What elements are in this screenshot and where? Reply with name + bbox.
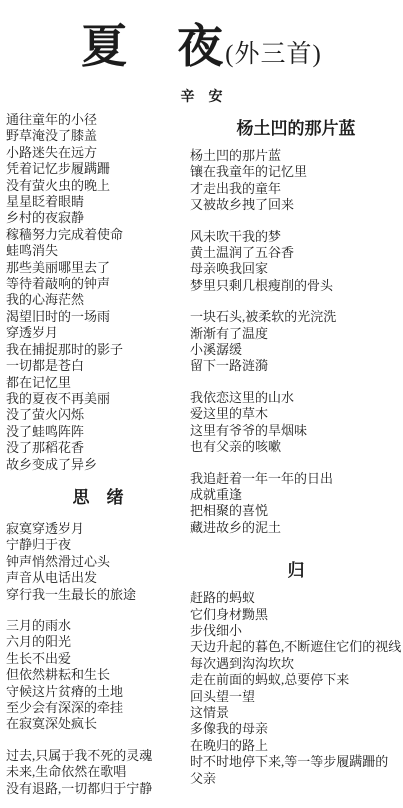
author-name: 辛 安 xyxy=(0,86,403,106)
stanza: 寂寞穿透岁月宁静归于夜钟声悄然滑过心头声音从电话出发穿行我一生最长的旅途 xyxy=(6,521,190,603)
stanza: 我追赶着一年一年的日出成就重逢把相聚的喜悦藏进故乡的泥土 xyxy=(190,471,402,537)
poem-line: 成就重逢 xyxy=(190,487,402,503)
poem-line: 故乡变成了异乡 xyxy=(6,457,190,473)
poem-line: 母亲唤我回家 xyxy=(190,261,402,277)
poem-line: 渐渐有了温度 xyxy=(190,326,402,342)
poem-line: 这里有爷爷的旱烟味 xyxy=(190,423,402,439)
stanza: 风未吹干我的梦黄土温润了五谷香母亲唤我回家梦里只剩几根瘦削的骨头 xyxy=(190,229,402,295)
poem-line: 时不时地停下来,等一等步履蹒跚的 xyxy=(190,754,402,770)
poem-line: 寂寞穿透岁月 xyxy=(6,521,190,537)
poem-line: 生长不出爱 xyxy=(6,651,190,667)
poem-line: 但依然耕耘和生长 xyxy=(6,667,190,683)
poem-line: 都在记忆里 xyxy=(6,375,190,391)
poem-line: 我在捕捉那时的影子 xyxy=(6,342,190,358)
poem-line: 守候这片贫瘠的土地 xyxy=(6,684,190,700)
poem-line: 杨土凹的那片蓝 xyxy=(190,148,402,164)
poem-line: 步伐细小 xyxy=(190,623,402,639)
poem-line: 那些美丽哪里去了 xyxy=(6,260,190,276)
stanza: 三月的雨水六月的阳光生长不出爱但依然耕耘和生长守候这片贫瘠的土地至少会有深深的牵… xyxy=(6,618,190,733)
poem-line: 风未吹干我的梦 xyxy=(190,229,402,245)
poem-heading-blue: 杨土凹的那片蓝 xyxy=(190,118,402,140)
poem-line: 至少会有深深的牵挂 xyxy=(6,700,190,716)
poem-line: 藏进故乡的泥土 xyxy=(190,520,402,536)
poem-line: 父亲 xyxy=(190,771,402,787)
poem-line: 没有退路,一切都归于宁静 xyxy=(6,781,190,797)
poem-line: 也有父亲的咳嗽 xyxy=(190,439,402,455)
poem-line: 我的夏夜不再美丽 xyxy=(6,391,190,407)
poem-line: 声音从电话出发 xyxy=(6,570,190,586)
poem-title-main: 夏 夜 xyxy=(81,21,225,72)
poem-line: 未来,生命依然在歌唱 xyxy=(6,764,190,780)
poem-line: 多像我的母亲 xyxy=(190,721,402,737)
poem-line: 一切都是苍白 xyxy=(6,358,190,374)
poem-line: 星星眨着眼睛 xyxy=(6,194,190,210)
poem-line: 一块石头,被柔软的光浣洗 xyxy=(190,309,402,325)
stanza: 我依恋这里的山水爱这里的草木这里有爷爷的旱烟味也有父亲的咳嗽 xyxy=(190,390,402,456)
poem-line: 天边升起的暮色,不断遮住它们的视线 xyxy=(190,639,402,655)
poem-line: 野草淹没了膝盖 xyxy=(6,128,190,144)
stanza: 杨土凹的那片蓝镶在我童年的记忆里才走出我的童年又被故乡拽了回来 xyxy=(190,148,402,214)
poem-line: 乡村的夜寂静 xyxy=(6,210,190,226)
poem-line: 蛙鸣消失 xyxy=(6,243,190,259)
poem-line: 没了萤火闪烁 xyxy=(6,407,190,423)
poem-line: 它们身材黝黑 xyxy=(190,607,402,623)
poem-line: 我依恋这里的山水 xyxy=(190,390,402,406)
stanza: 一块石头,被柔软的光浣洗渐渐有了温度小溪潺缓留下一路涟漪 xyxy=(190,309,402,375)
poem-line: 我的心海茫然 xyxy=(6,292,190,308)
poem-line: 穿行我一生最长的旅途 xyxy=(6,587,190,603)
poem-line: 在寂寞深处疯长 xyxy=(6,716,190,732)
poem-line: 六月的阳光 xyxy=(6,634,190,650)
poem-heading-return: 归 xyxy=(190,560,402,582)
poem-line: 等待着敲响的钟声 xyxy=(6,276,190,292)
poem-line: 黄土温润了五谷香 xyxy=(190,245,402,261)
page-title: 夏 夜(外三首) xyxy=(0,10,403,76)
poem-line: 赶路的蚂蚁 xyxy=(190,590,402,606)
right-column: 杨土凹的那片蓝 杨土凹的那片蓝镶在我童年的记忆里才走出我的童年又被故乡拽了回来 … xyxy=(190,118,402,787)
poem-line: 钟声悄然滑过心头 xyxy=(6,554,190,570)
poem-line: 小路迷失在远方 xyxy=(6,145,190,161)
poem-line: 没了蛙鸣阵阵 xyxy=(6,424,190,440)
poem-line: 宁静归于夜 xyxy=(6,537,190,553)
stanza: 过去,只属于我不死的灵魂未来,生命依然在歌唱没有退路,一切都归于宁静 xyxy=(6,748,190,797)
poem-line: 稼穑努力完成着使命 xyxy=(6,227,190,243)
poem-line: 我追赶着一年一年的日出 xyxy=(190,471,402,487)
poem-line: 每次遇到沟沟坎坎 xyxy=(190,656,402,672)
poem-line: 留下一路涟漪 xyxy=(190,358,402,374)
poem-line: 没了那稻花香 xyxy=(6,440,190,456)
stanza: 赶路的蚂蚁它们身材黝黑步伐细小天边升起的暮色,不断遮住它们的视线每次遇到沟沟坎坎… xyxy=(190,590,402,787)
poem-line: 把相聚的喜悦 xyxy=(190,503,402,519)
poem-line: 又被故乡拽了回来 xyxy=(190,197,402,213)
poem-line: 渴望旧时的一场雨 xyxy=(6,309,190,325)
poem-line: 通往童年的小径 xyxy=(6,112,190,128)
poem-line: 走在前面的蚂蚁,总要停下来 xyxy=(190,672,402,688)
poem-line: 小溪潺缓 xyxy=(190,342,402,358)
poem-line: 过去,只属于我不死的灵魂 xyxy=(6,748,190,764)
stanza: 通往童年的小径野草淹没了膝盖小路迷失在远方凭着记忆步履蹒跚没有萤火虫的晚上星星眨… xyxy=(6,112,190,473)
poem-line: 回头望一望 xyxy=(190,689,402,705)
poem-line: 在晚归的路上 xyxy=(190,738,402,754)
poem-title-subtitle: (外三首) xyxy=(225,41,322,68)
poem-line: 梦里只剩几根瘦削的骨头 xyxy=(190,278,402,294)
poem-line: 三月的雨水 xyxy=(6,618,190,634)
poem-line: 凭着记忆步履蹒跚 xyxy=(6,161,190,177)
left-column: 通往童年的小径野草淹没了膝盖小路迷失在远方凭着记忆步履蹒跚没有萤火虫的晚上星星眨… xyxy=(6,112,190,797)
poem-line: 镶在我童年的记忆里 xyxy=(190,164,402,180)
poem-line: 穿透岁月 xyxy=(6,325,190,341)
poem-line: 这情景 xyxy=(190,705,402,721)
magazine-page: 夏 夜(外三首) 辛 安 通往童年的小径野草淹没了膝盖小路迷失在远方凭着记忆步履… xyxy=(0,0,403,808)
poem-heading-thoughts: 思 绪 xyxy=(6,487,190,509)
poem-line: 爱这里的草木 xyxy=(190,406,402,422)
poem-line: 没有萤火虫的晚上 xyxy=(6,178,190,194)
poem-line: 才走出我的童年 xyxy=(190,181,402,197)
